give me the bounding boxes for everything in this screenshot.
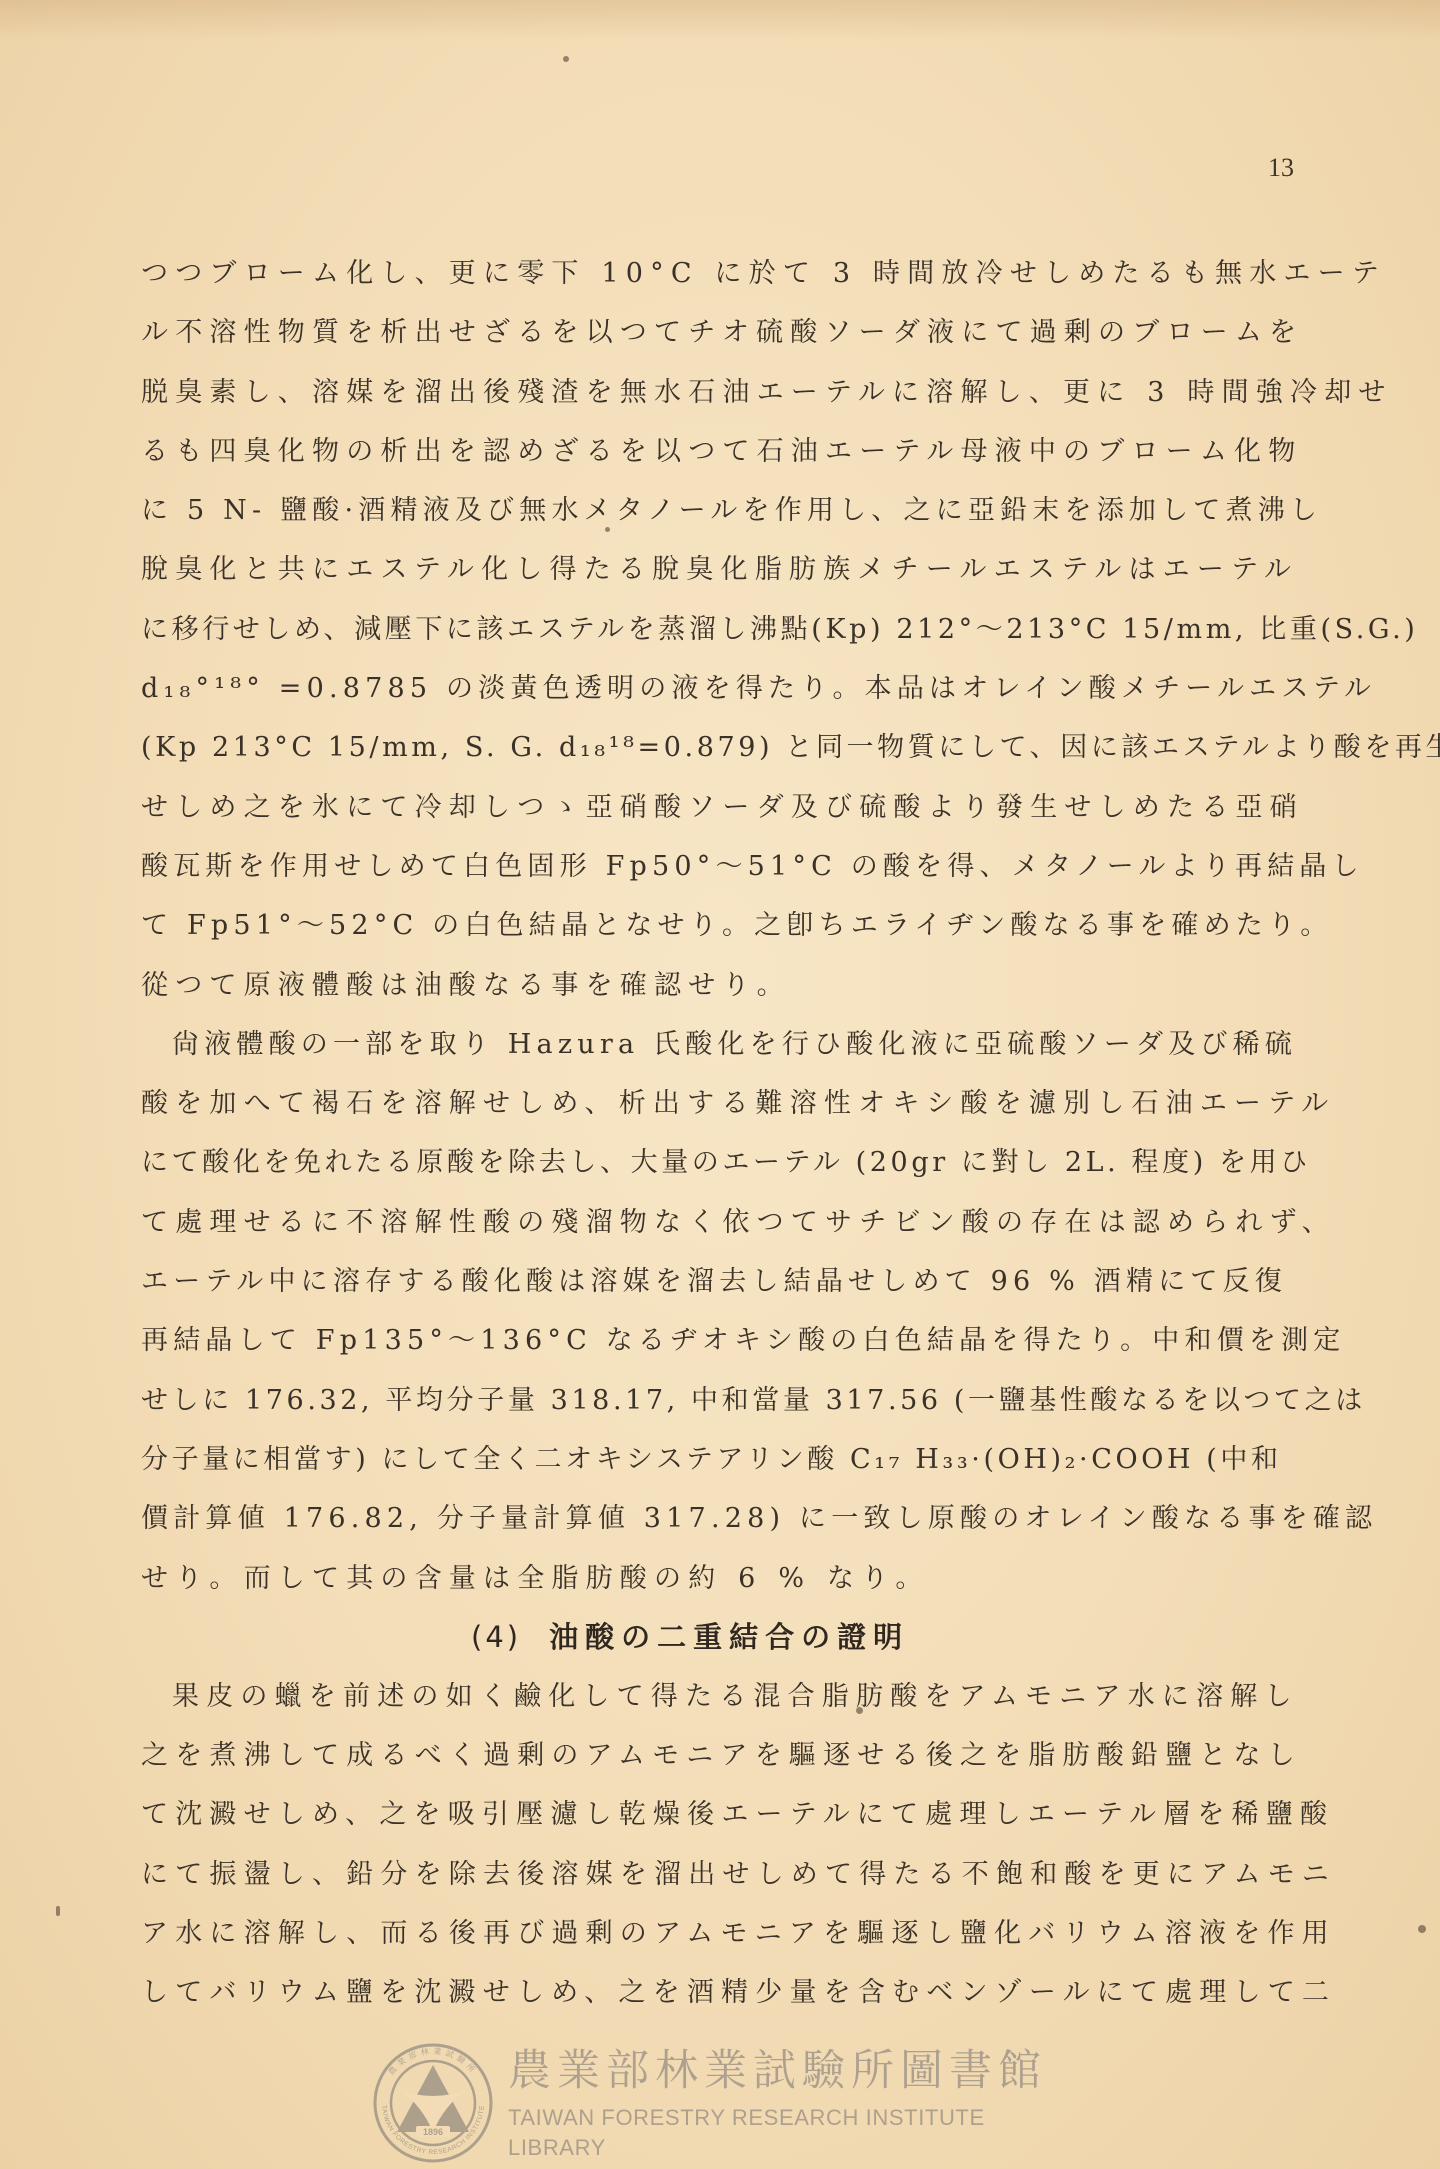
text-line: るも四臭化物の析出を認めざるを以つて石油エーテル母液中のブローム化物 xyxy=(141,422,1311,481)
institute-seal-icon: 1896 農業部林業試驗所 TAIWAN FORESTRY RESEARCH I… xyxy=(370,2040,496,2166)
text-line: 酸瓦斯を作用せしめて白色固形 Fp50°～51°C の酸を得、メタノールより再結… xyxy=(141,837,1311,896)
paper-speck xyxy=(1418,1925,1426,1933)
paper-speck xyxy=(605,527,610,532)
paragraph-1: つつブローム化し、更に零下 10°C に於て 3 時間放冷せしめたるも無水エーテ… xyxy=(141,244,1311,1015)
text-line: せしめ之を氷にて冷却しつゝ亞硝酸ソーダ及び硫酸より發生せしめたる亞硝 xyxy=(141,778,1311,837)
text-line: て Fp51°～52°C の白色結晶となせり。之卽ちエライヂン酸なる事を確めたり… xyxy=(141,896,1311,955)
paragraph-3: 果皮の蠟を前述の如く鹼化して得たる混合脂肪酸をアムモニア水に溶解し 之を煮沸して… xyxy=(141,1667,1311,2023)
text-line: て沈澱せしめ、之を吸引壓濾し乾燥後エーテルにて處理しエーテル層を稀鹽酸 xyxy=(141,1785,1311,1844)
text-line: て處理せるに不溶解性酸の殘溜物なく依つてサチビン酸の存在は認められず、 xyxy=(141,1193,1311,1252)
text-line: せしに 176.32, 平均分子量 318.17, 中和當量 317.56 (一… xyxy=(141,1371,1311,1430)
text-line: 果皮の蠟を前述の如く鹼化して得たる混合脂肪酸をアムモニア水に溶解し xyxy=(141,1667,1311,1726)
section-heading: (4)油酸の二重結合の證明 xyxy=(141,1608,1311,1667)
page-number: 13 xyxy=(1268,153,1294,183)
text-line: 價計算値 176.82, 分子量計算値 317.28) に一致し原酸のオレイン酸… xyxy=(141,1489,1311,1548)
seal-year: 1896 xyxy=(423,2127,443,2137)
paper-speck xyxy=(856,1707,863,1714)
text-line: 之を煮沸して成るべく過剰のアムモニアを驅逐せる後之を脂肪酸鉛鹽となし xyxy=(141,1726,1311,1785)
text-line: 尙液體酸の一部を取り Hazura 氏酸化を行ひ酸化液に亞硫酸ソーダ及び稀硫 xyxy=(141,1015,1311,1074)
library-name-en: TAIWAN FORESTRY RESEARCH INSTITUTE LIBRA… xyxy=(508,2103,1070,2163)
text-line: に 5 N- 鹽酸·酒精液及び無水メタノールを作用し、之に亞鉛末を添加して煮沸し xyxy=(141,481,1311,540)
text-line: せり。而して其の含量は全脂肪酸の約 6 % なり。 xyxy=(141,1549,1311,1608)
paragraph-2: 尙液體酸の一部を取り Hazura 氏酸化を行ひ酸化液に亞硫酸ソーダ及び稀硫 酸… xyxy=(141,1015,1311,1608)
page-edge-shading xyxy=(0,0,1440,40)
text-line: 酸を加へて褐石を溶解せしめ、析出する難溶性オキシ酸を濾別し石油エーテル xyxy=(141,1074,1311,1133)
paper-speck xyxy=(563,56,569,62)
library-name: 農業部林業試驗所圖書館 TAIWAN FORESTRY RESEARCH INS… xyxy=(508,2043,1070,2163)
text-line: 再結晶して Fp135°～136°C なるヂオキシ酸の白色結晶を得たり。中和價を… xyxy=(141,1311,1311,1370)
text-line: にて酸化を免れたる原酸を除去し、大量のエーテル (20gr に對し 2L. 程度… xyxy=(141,1133,1311,1192)
text-line: にて振盪し、鉛分を除去後溶媒を溜出せしめて得たる不飽和酸を更にアムモニ xyxy=(141,1845,1311,1904)
text-line: 從つて原液體酸は油酸なる事を確認せり。 xyxy=(141,956,1311,1015)
text-line: 脱臭素し、溶媒を溜出後殘渣を無水石油エーテルに溶解し、更に 3 時間強冷却せ xyxy=(141,363,1311,422)
paper-speck xyxy=(56,1906,60,1916)
text-line: ル不溶性物質を析出せざるを以つてチオ硫酸ソーダ液にて過剰のブロームを xyxy=(141,303,1311,362)
library-name-cjk: 農業部林業試驗所圖書館 xyxy=(508,2043,1070,2099)
text-line: に移行せしめ、減壓下に該エステルを蒸溜し沸點(Kp) 212°～213°C 15… xyxy=(141,600,1311,659)
text-line: エーテル中に溶存する酸化酸は溶媒を溜去し結晶せしめて 96 % 酒精にて反復 xyxy=(141,1252,1311,1311)
text-line: 脫臭化と共にエステル化し得たる脫臭化脂肪族メチールエステルはエーテル xyxy=(141,540,1311,599)
text-line: d₁₈°¹⁸° =0.8785 の淡黃色透明の液を得たり。本品はオレイン酸メチー… xyxy=(141,659,1311,718)
text-line: 分子量に相當す) にして全く二オキシステアリン酸 C₁₇ H₃₃·(OH)₂·C… xyxy=(141,1430,1311,1489)
body-text: つつブローム化し、更に零下 10°C に於て 3 時間放冷せしめたるも無水エーテ… xyxy=(141,244,1311,2023)
section-title: 油酸の二重結合の證明 xyxy=(549,1620,909,1654)
text-line: (Kp 213°C 15/mm, S. G. d₁₈¹⁸=0.879) と同一物… xyxy=(141,718,1311,777)
text-line: ア水に溶解し、而る後再び過剰のアムモニアを驅逐し鹽化バリウム溶液を作用 xyxy=(141,1904,1311,1963)
text-line: してバリウム鹽を沈澱せしめ、之を酒精少量を含むベンゾールにて處理して二 xyxy=(141,1963,1311,2022)
section-number: (4) xyxy=(471,1620,521,1654)
text-line: つつブローム化し、更に零下 10°C に於て 3 時間放冷せしめたるも無水エーテ xyxy=(141,244,1311,303)
library-watermark: 1896 農業部林業試驗所 TAIWAN FORESTRY RESEARCH I… xyxy=(370,2040,1070,2165)
